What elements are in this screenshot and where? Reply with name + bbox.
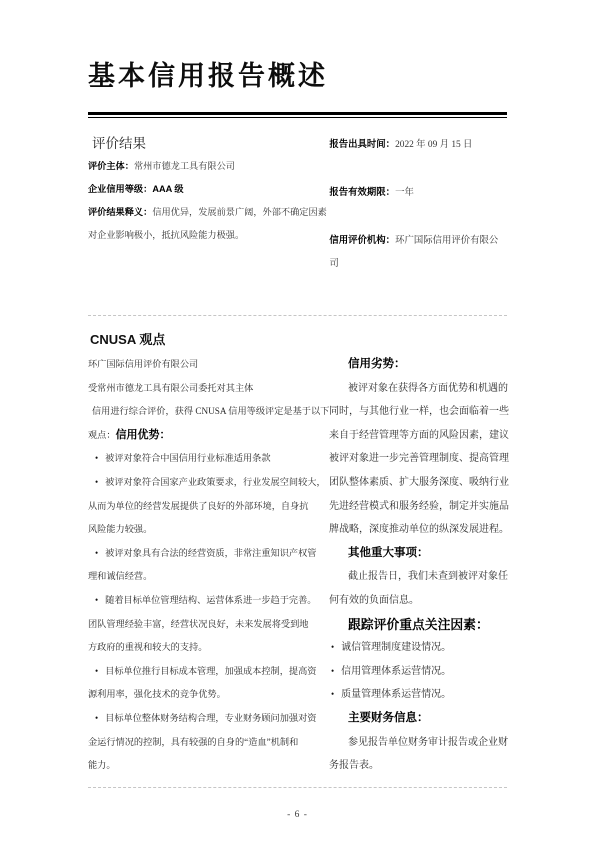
text-line: •目标单位推行目标成本管理，加强成本控制，提高资 [88,660,328,684]
text-line: •目标单位整体财务结构合理，专业财务顾问加强对资 [88,707,328,731]
field-row: 报告出具时间：2022 年 09 月 15 日 [329,132,507,157]
bullet-icon: • [331,683,334,707]
text-line: 理和诚信经营。 [88,565,328,589]
text-line: 被评对象进一步完善管理制度、提高管理 [329,447,507,471]
evaluation-summary-right: 报告出具时间：2022 年 09 月 15 日报告有效期限：一年信用评价机构：环… [329,132,507,299]
field-row: 报告有效期限：一年 [329,180,507,205]
field-label: 信用评价机构： [329,234,395,245]
field-label: 评价主体： [88,161,134,171]
field-row: 评价结果释义：信用优异，发展前景广阔，外部不确定因素对企业影响极小，抵抗风险能力… [88,201,329,247]
section-heading: 其他重大事项： [329,542,507,566]
text-line: 源利用率，强化技术的竞争优势。 [88,683,328,707]
bullet-icon: • [95,589,98,613]
text-line: 截止报告日，我们未查到被评对象任 [329,565,507,589]
text-line: 从而为单位的经营发展提供了良好的外部环境，自身抗 [88,495,328,519]
field-label: 评价结果释义： [88,207,152,217]
bullet-text: 质量管理体系运营情况。 [341,689,451,700]
inline-heading: 信用优势： [116,429,171,441]
text-line: 同时，与其他行业一样，也会面临着一些 [329,400,507,424]
section-heading: 跟踪评价重点关注因素： [329,613,507,637]
cnusa-left-column: 环广国际信用评价有限公司受常州市德龙工具有限公司委托对其主体信用进行综合评价，获… [88,353,328,778]
bullet-icon: • [331,636,334,660]
bullet-icon: • [95,447,98,471]
text-line: •信用管理体系运营情况。 [329,660,507,684]
text-line: 受常州市德龙工具有限公司委托对其主体 [88,377,328,401]
bullet-text: 被评对象符合中国信用行业标准适用条款 [105,453,270,463]
field-row: 企业信用等级：AAA 级 [88,178,329,201]
evaluation-summary-section: 评价结果 评价主体：常州市德龙工具有限公司企业信用等级：AAA 级评价结果释义：… [88,132,507,299]
text-line: •随着目标单位管理结构、运营体系进一步趋于完善。 [88,589,328,613]
bullet-text: 信用管理体系运营情况。 [341,666,451,677]
text-line: •被评对象符合国家产业政策要求，行业发展空间较大， [88,471,328,495]
bullet-icon: • [95,707,98,731]
text-line: •被评对象具有合法的经营资质，非常注重知识产权管 [88,542,328,566]
page-content: 基本信用报告概述 评价结果 评价主体：常州市德龙工具有限公司企业信用等级：AAA… [0,0,595,820]
text-line: 牌战略，深度推动单位的纵深发展进程。 [329,518,507,542]
text-line: 团队整体素质、扩大服务深度、吸纳行业 [329,471,507,495]
text-line: 务报告表。 [329,754,507,778]
field-value: 一年 [395,188,414,198]
text-line: 参见报告单位财务审计报告或企业财 [329,731,507,755]
section-heading: 信用劣势： [329,353,507,377]
evaluation-summary-left: 评价结果 评价主体：常州市德龙工具有限公司企业信用等级：AAA 级评价结果释义：… [88,132,329,299]
bullet-text: 诚信管理制度建设情况。 [341,642,451,653]
text-line: 信用进行综合评价，获得 CNUSA 信用等级评定是基于以下 [88,400,328,424]
field-row: 评价主体：常州市德龙工具有限公司 [88,155,329,178]
field-value: 2022 年 09 月 15 日 [395,140,472,150]
text-line: •诚信管理制度建设情况。 [329,636,507,660]
bullet-icon: • [95,542,98,566]
dashed-divider-top [88,315,507,316]
section-heading: 主要财务信息： [329,707,507,731]
cnusa-section-heading: CNUSA 观点 [88,329,507,348]
text-line: 先进经营模式和服务经验，制定并实施品 [329,495,507,519]
bullet-icon: • [95,660,98,684]
evaluation-left-fields: 评价主体：常州市德龙工具有限公司企业信用等级：AAA 级评价结果释义：信用优异，… [88,155,329,247]
text-line: 团队管理经验丰富，经营状况良好，未来发展将受到地 [88,613,328,637]
field-label: 报告出具时间： [329,138,395,149]
page-title: 基本信用报告概述 [88,58,507,94]
field-label: 报告有效期限： [329,186,395,197]
page-number: - 6 - [88,810,507,820]
bullet-text: 目标单位推行目标成本管理，加强成本控制，提高资 [105,666,316,676]
text-line: •质量管理体系运营情况。 [329,683,507,707]
bullet-text: 目标单位整体财务结构合理，专业财务顾问加强对资 [105,713,316,723]
title-double-rule [88,112,507,118]
evaluation-right-fields: 报告出具时间：2022 年 09 月 15 日报告有效期限：一年信用评价机构：环… [329,132,507,276]
cnusa-columns: 环广国际信用评价有限公司受常州市德龙工具有限公司委托对其主体信用进行综合评价，获… [88,353,507,778]
field-row: 信用评价机构：环广国际信用评价有限公司 [329,228,507,276]
bullet-text: 被评对象符合国家产业政策要求，行业发展空间较大， [105,477,326,487]
text-line: 环广国际信用评价有限公司 [88,353,328,377]
bullet-icon: • [95,471,98,495]
text-line: 能力。 [88,754,328,778]
text-line: 被评对象在获得各方面优势和机遇的 [329,377,507,401]
text-line: 来自于经营管理等方面的风险因素，建议 [329,424,507,448]
dashed-divider-bottom [88,787,507,788]
text-line: 风险能力较强。 [88,518,328,542]
text-line: 观点： [88,430,116,440]
text-line: 观点：信用优势： [88,424,328,448]
text-line: 何有效的负面信息。 [329,589,507,613]
bullet-text: 被评对象具有合法的经营资质，非常注重知识产权管 [105,548,316,558]
field-label: 企业信用等级： [88,184,152,194]
bullet-text: 随着目标单位管理结构、运营体系进一步趋于完善。 [105,595,316,605]
evaluation-heading: 评价结果 [88,132,329,155]
text-line: 金运行情况的控制，具有较强的自身的“造血”机制和 [88,731,328,755]
bullet-icon: • [331,660,334,684]
report-page: 基本信用报告概述 评价结果 评价主体：常州市德龙工具有限公司企业信用等级：AAA… [0,0,595,841]
text-line: •被评对象符合中国信用行业标准适用条款 [88,447,328,471]
text-line: 方政府的重视和较大的支持。 [88,636,328,660]
field-value: 常州市德龙工具有限公司 [134,161,235,171]
field-value: AAA 级 [152,184,183,194]
cnusa-right-column: 信用劣势：被评对象在获得各方面优势和机遇的同时，与其他行业一样，也会面临着一些来… [329,353,507,778]
